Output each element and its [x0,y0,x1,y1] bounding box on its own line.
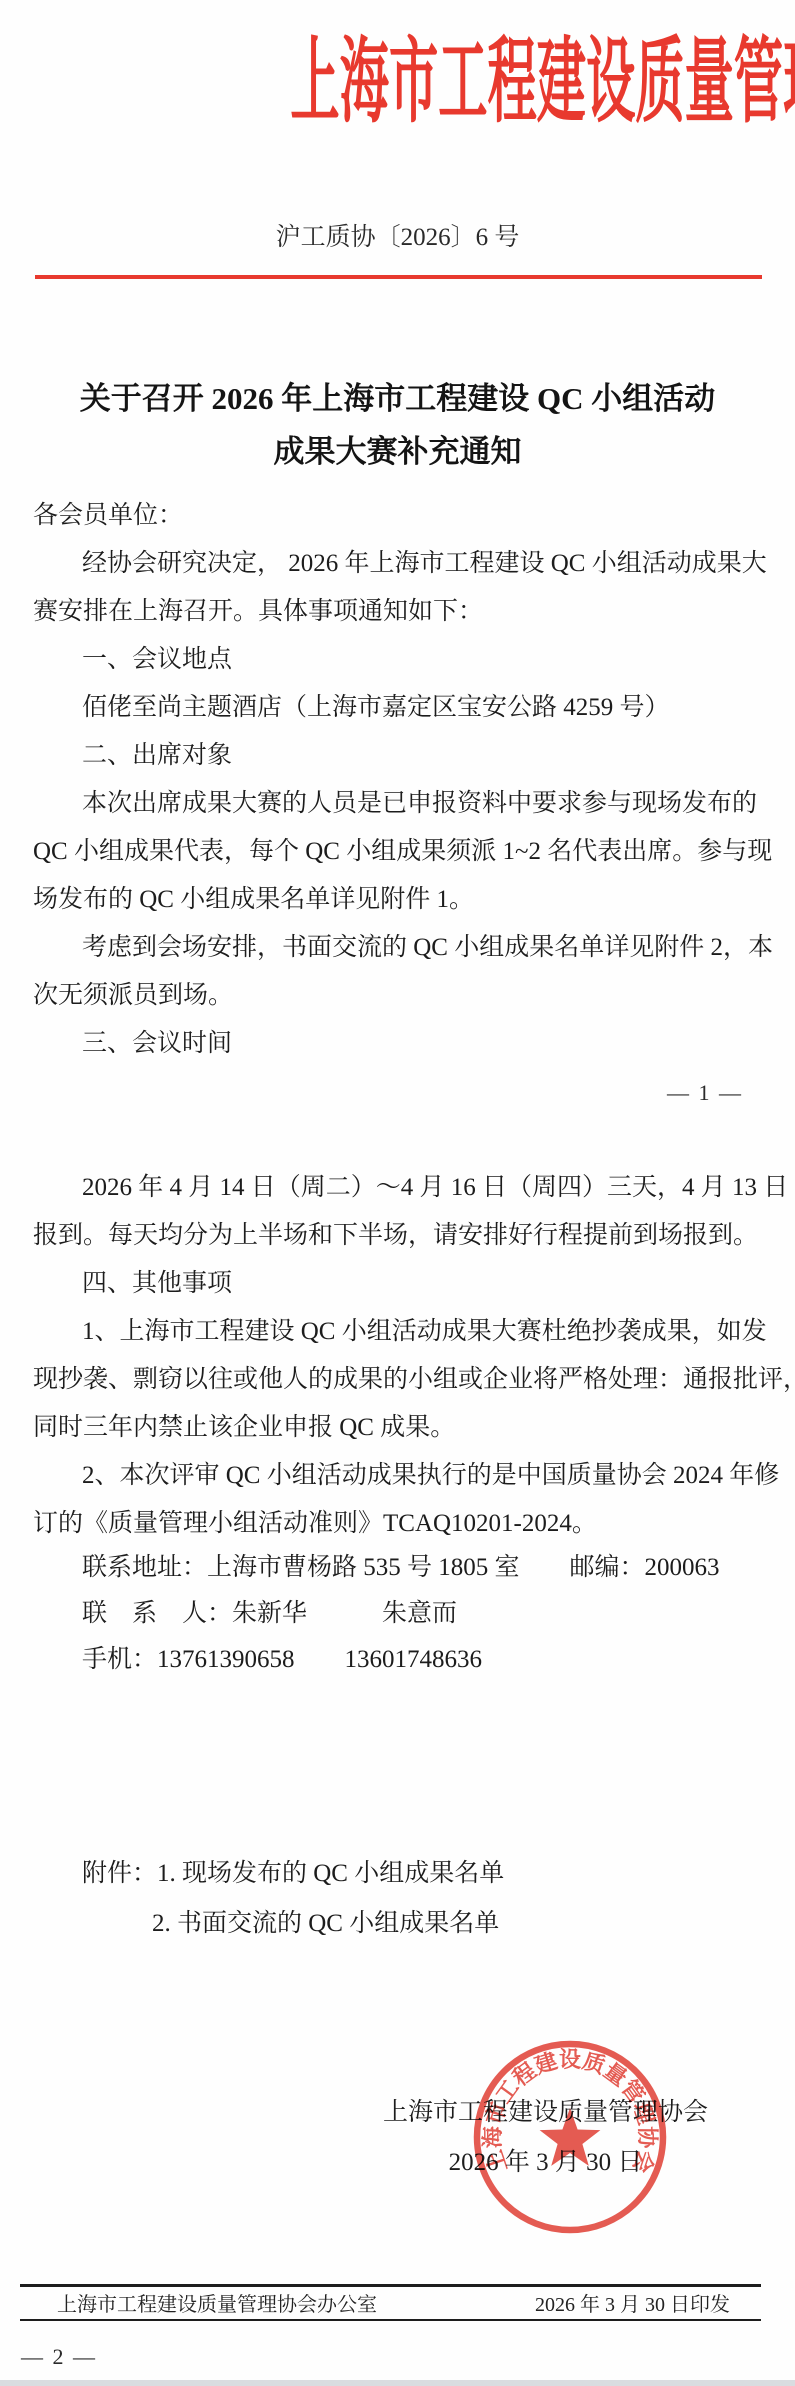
star-icon [540,2108,601,2166]
body-line: 次无须派员到场。 [33,972,765,1020]
official-document-scan: 上海市工程建设质量管理协会文件 沪工质协〔2026〕6 号 关于召开 2026 … [0,0,795,2386]
attachments-block: 附件：1. 现场发布的 QC 小组成果名单 2. 书面交流的 QC 小组成果名单 [33,1849,765,1949]
letterhead-title: 上海市工程建设质量管理协会文件 [0,34,795,134]
body-line: 本次出席成果大赛的人员是已申报资料中要求参与现场发布的 [33,780,765,828]
body-line: 场发布的 QC 小组成果名单详见附件 1。 [33,876,765,924]
body-line: QC 小组成果代表，每个 QC 小组成果须派 1~2 名代表出席。参与现 [33,828,765,876]
page2-body: 2026 年 4 月 14 日（周二）～4 月 16 日（周四）三天，4 月 1… [33,1164,765,1548]
body-line: 2026 年 4 月 14 日（周二）～4 月 16 日（周四）三天，4 月 1… [33,1164,765,1212]
body-line: 同时三年内禁止该企业申报 QC 成果。 [33,1404,765,1452]
body-line: 各会员单位： [33,492,765,540]
official-seal: 上海市工程建设质量管理协会 [470,2037,670,2237]
body-line: 四、其他事项 [33,1260,765,1308]
page2-number: — 2 — [21,2344,97,2370]
attachment-item: 附件：1. 现场发布的 QC 小组成果名单 [33,1849,765,1899]
document-title-line1: 关于召开 2026 年上海市工程建设 QC 小组活动 [0,376,795,422]
contact-block: 联系地址：上海市曹杨路 535 号 1805 室 邮编：200063 联 系 人… [33,1545,765,1683]
body-line: 订的《质量管理小组活动准则》TCAQ10201-2024。 [33,1500,765,1548]
body-line: 赛安排在上海召开。具体事项通知如下： [33,588,765,636]
body-line: 一、会议地点 [33,636,765,684]
footer-print-date: 2026 年 3 月 30 日印发 [535,2292,730,2318]
document-title-line2: 成果大赛补充通知 [0,429,795,475]
body-line: 佰佬至尚主题酒店（上海市嘉定区宝安公路 4259 号） [33,684,765,732]
contact-address-line: 联系地址：上海市曹杨路 535 号 1805 室 邮编：200063 [33,1545,765,1591]
document-number: 沪工质协〔2026〕6 号 [0,222,795,254]
body-line: 经协会研究决定， 2026 年上海市工程建设 QC 小组活动成果大 [33,540,765,588]
body-line: 三、会议时间 [33,1020,765,1068]
scan-edge-artifact [0,2380,795,2386]
footer-issuing-office: 上海市工程建设质量管理协会办公室 [57,2292,377,2318]
body-line: 2、本次评审 QC 小组活动成果执行的是中国质量协会 2024 年修 [33,1452,765,1500]
body-line: 1、上海市工程建设 QC 小组活动成果大赛杜绝抄袭成果，如发 [33,1308,765,1356]
body-line: 现抄袭、剽窃以往或他人的成果的小组或企业将严格处理：通报批评， [33,1356,765,1404]
attachment-item: 2. 书面交流的 QC 小组成果名单 [33,1899,765,1949]
page1-body: 各会员单位： 经协会研究决定， 2026 年上海市工程建设 QC 小组活动成果大… [33,492,765,1068]
page1-number: — 1 — [667,1080,743,1106]
footer-divider-bottom [20,2319,761,2321]
contact-phone-line: 手机：13761390658 13601748636 [33,1637,765,1683]
contact-person-line: 联 系 人：朱新华 朱意而 [33,1591,765,1637]
body-line: 二、出席对象 [33,732,765,780]
footer-divider-top [20,2284,761,2287]
letterhead-title-text: 上海市工程建设质量管理协会文件 [290,31,795,137]
body-line: 考虑到会场安排，书面交流的 QC 小组成果名单详见附件 2，本 [33,924,765,972]
red-divider [35,275,762,279]
body-line: 报到。每天均分为上半场和下半场，请安排好行程提前到场报到。 [33,1212,765,1260]
